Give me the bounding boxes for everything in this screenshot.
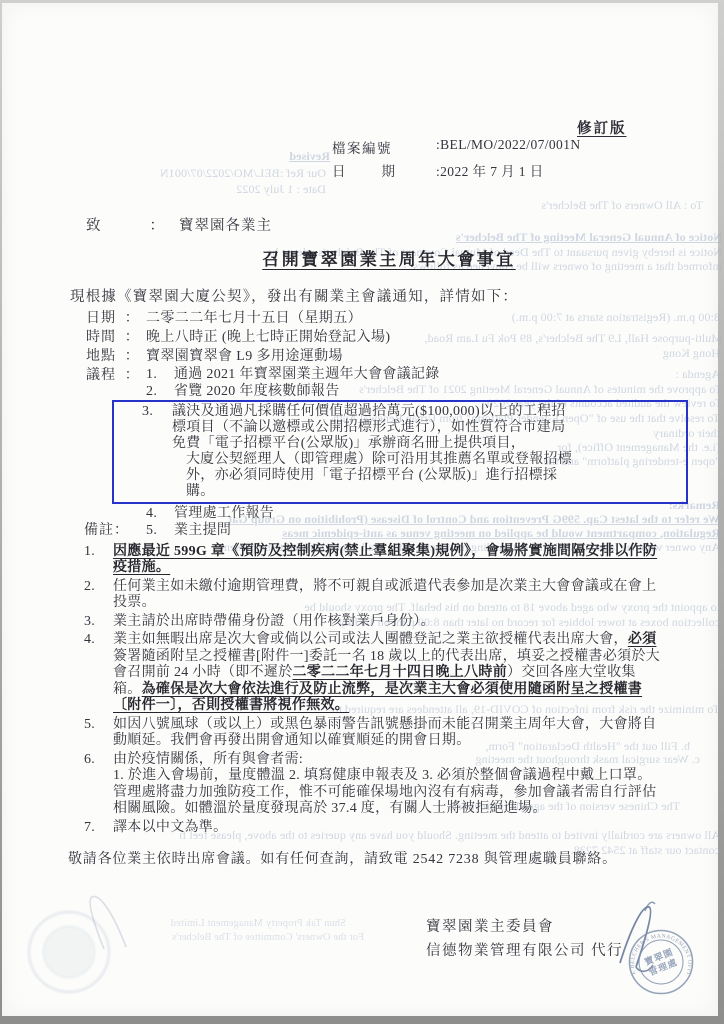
note-text: 任何業主如未繳付逾期管理費，將不可親自或派遣代表參加是次業主大會會議或在會上投票… [113,579,664,612]
note-text-emphasis: 二零二二年七月十四日晚上八時前 [293,665,508,680]
note-item: 6. 由於疫情關係，所有與會者需:1. 於進入會場前，量度體溫 2. 填寫健康申… [84,752,664,818]
meeting-time-row: 時間 ： 晚上八時正 (晚上七時正開始登記入場) [86,328,692,347]
agenda-item-number: 2. [146,383,174,400]
meeting-date-label: 日期 [86,309,118,328]
date-row: 日期 :2022 年 7 月 1 日 [332,160,544,180]
agenda-item-number: 1. [146,366,174,383]
agenda-item-text: 省覽 2020 年度核數師報告 [174,383,340,400]
note-number: 7. [84,820,113,837]
note-text: 譯本以中文為準。 [113,820,664,837]
agenda-item-text: 管理處工作報告 [174,505,274,522]
note-text-emphasis: 為確保是次大會依法進行及防止流弊，是次業主大會必須使用隨函附呈之授權書〔附件一〕… [113,682,642,714]
agenda-item-text-part1: 議決及通過凡採購任何價值超過拾萬元($100,000)以上的工程招標項目（不論以… [172,404,566,452]
agenda-item: 4. 管理處工作報告 [146,505,692,522]
bleedthrough-text: Shun Tak Property Management Limited [114,917,346,930]
closing-paragraph: 敬請各位業主依時出席會議。如有任何查詢，請致電 2542 7238 與管理處職員… [68,848,617,868]
note-text: 由於疫情關係，所有與會者需:1. 於進入會場前，量度體溫 2. 填寫健康申報表及… [113,752,664,818]
management-office-stamp: THE BELCHER'S MANAGEMENT OFFICE 寶翠園 管理處 [618,919,704,1005]
stamp-center-text: 寶翠園 管理處 [643,946,679,978]
recipient-colon: ： [150,218,166,234]
note-number: 2. [84,579,113,612]
document-title: 召開寶翠園業主周年大會事宜 [2,245,724,270]
notes-heading: 備註： [84,523,664,540]
meeting-venue-row: 地點 ： 寶翠園寶翠會 L9 多用途運動場 [86,347,692,366]
note-item: 4. 業主如無暇出席是次大會或倘以公司或法人團體登記之業主欲授權代表出席大會，必… [84,632,664,715]
bleedthrough-text: Our Ref :BEL/MO/2022/07/001N [102,167,326,180]
meeting-venue-label: 地點 [86,347,118,366]
note-item: 7. 譯本以中文為準。 [84,820,664,837]
intro-paragraph: 現根據《寶翠園大廈公契》，發出有關業主會議通知，詳情如下： [70,285,518,306]
note-text-line1: 由於疫情關係，所有與會者需: [113,752,664,769]
recipient-label: 致 [86,218,102,234]
agenda-section: 議程 ： 1. 通過 2021 年寶翠園業主週年大會會議記錄 2. 省覽 202… [86,366,692,539]
bleedthrough-text: Notice of Annual General Meeting of The … [430,231,722,244]
colon: ： [118,347,146,366]
bleedthrough-text: For the Owners' Committee of The Belcher… [114,931,364,944]
colon: ： [118,328,146,347]
meeting-time-label: 時間 [86,328,118,347]
note-number: 3. [84,614,113,631]
note-number: 5. [84,717,113,750]
file-number-value: :BEL/MO/2022/07/001N [436,137,581,157]
scanned-notice-page: Revised Our Ref :BEL/MO/2022/07/001N Dat… [0,0,724,1024]
bleedthrough-text: Date : 1 July 2022 [102,183,326,196]
meeting-venue-value: 寶翠園寶翠會 L9 多用途運動場 [146,347,692,366]
note-text-line2: 1. 於進入會場前，量度體溫 2. 填寫健康申報表及 3. 必須於整個會議過程中… [113,768,664,818]
date-label-char: 日 [332,160,347,180]
note-text-emphasis: 因應最近 599G 章《預防及控制疾病(禁止羣組聚集)規例》，會場將實施間隔安排… [113,544,657,576]
agenda-list: 1. 通過 2021 年寶翠園業主週年大會會議記錄 2. 省覽 2020 年度核… [146,366,692,539]
recipient-value: 寶翠園各業主 [179,218,272,234]
file-number-label: 檔案編號 [332,137,396,157]
agenda-item-text: 議決及通過凡採購任何價值超過拾萬元($100,000)以上的工程招標項目（不論以… [172,404,578,500]
file-number-row: 檔案編號 :BEL/MO/2022/07/001N [332,137,581,157]
meeting-date-row: 日期 ： 二零二二年七月十五日（星期五） [86,309,692,328]
meeting-time-value: 晚上八時正 (晚上七時正開始登記入場) [146,328,692,347]
agenda-item-text: 通過 2021 年寶翠園業主週年大會會議記錄 [174,366,440,383]
note-number: 6. [84,752,113,818]
agenda-item: 1. 通過 2021 年寶翠園業主週年大會會議記錄 [146,366,692,383]
bleedthrough-text: Revised [264,150,330,163]
note-text: 如因八號風球（或以上）或黑色暴雨警告訊號懸掛而未能召開業主周年大會，大會將自動順… [113,717,664,750]
agenda-item-number: 3. [142,404,172,500]
note-item: 3. 業主請於出席時帶備身份證（用作核對業戶身份）。 [84,614,664,631]
ghost-signature-stroke [68,887,138,957]
note-item: 5. 如因八號風球（或以上）或黑色暴雨警告訊號懸掛而未能召開業主周年大會，大會將… [84,717,664,750]
meeting-details: 日期 ： 二零二二年七月十五日（星期五） 時間 ： 晚上八時正 (晚上七時正開始… [86,309,692,539]
date-value: :2022 年 7 月 1 日 [436,160,544,180]
date-label: 日期 [332,160,396,180]
note-text-emphasis: 必須 [628,632,657,647]
notes-section: 備註： 1. 因應最近 599G 章《預防及控制疾病(禁止羣組聚集)規例》，會場… [84,523,664,838]
meeting-date-value: 二零二二年七月十五日（星期五） [146,309,692,328]
note-item: 2. 任何業主如未繳付逾期管理費，將不可親自或派遣代表參加是次業主大會會議或在會… [84,579,664,612]
note-text: 業主如無暇出席是次大會或倘以公司或法人團體登記之業主欲授權代表出席大會，必須簽署… [113,632,664,715]
resolution-highlight-box: 3. 議決及通過凡採購任何價值超過拾萬元($100,000)以上的工程招標項目（… [112,400,688,504]
date-label-char: 期 [382,160,397,180]
note-text-segment: 業主如無暇出席是次大會或倘以公司或法人團體登記之業主欲授權代表出席大會， [113,632,628,647]
agenda-item: 2. 省覽 2020 年度核數師報告 [146,383,692,400]
bleedthrough-text: To : All Owners of The Belcher's [497,199,703,212]
colon: ： [118,309,146,328]
revision-label: 修訂版 [577,117,627,138]
agenda-item-text-part2: 大廈公契經理人（即管理處）除可沿用其推薦名單或登報招標外，亦必須同時使用「電子招… [186,452,578,500]
agenda-item-number: 4. [146,505,174,522]
note-text: 業主請於出席時帶備身份證（用作核對業戶身份）。 [113,614,664,631]
recipient-line: 致：寶翠園各業主 [86,214,272,235]
paper-sheet: Revised Our Ref :BEL/MO/2022/07/001N Dat… [2,3,718,1016]
note-number: 1. [84,544,113,577]
note-item: 1. 因應最近 599G 章《預防及控制疾病(禁止羣組聚集)規例》，會場將實施間… [84,544,664,577]
note-number: 4. [84,632,113,715]
